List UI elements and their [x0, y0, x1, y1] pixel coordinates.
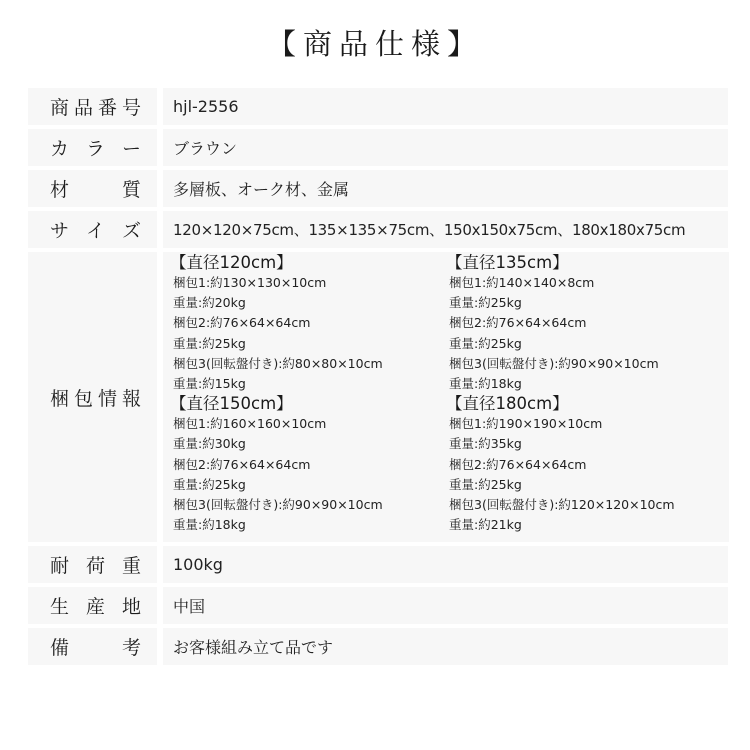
label-char: 情 — [98, 384, 117, 411]
package-line: 重量:約25kg — [449, 334, 729, 354]
spec-row-origin: 生 産 地 中国 — [28, 587, 728, 624]
label-char: 質 — [122, 175, 141, 202]
package-line: 重量:約25kg — [449, 475, 729, 495]
package-line: 梱包3(回転盤付き):約120×120×10cm — [449, 495, 729, 515]
page-title: 【商品仕様】 — [0, 22, 750, 63]
package-line: 重量:約35kg — [449, 434, 729, 454]
spec-row-load-capacity: 耐 荷 重 100kg — [28, 546, 728, 583]
label-char: カ — [50, 134, 69, 161]
label-char: 号 — [122, 93, 141, 120]
spec-value-remarks: お客様組み立て品です — [163, 628, 728, 665]
spec-row-product-number: 商 品 番 号 hjl-2556 — [28, 88, 728, 125]
spec-label-remarks: 備 考 — [28, 628, 157, 665]
package-line: 梱包3(回転盤付き):約90×90×10cm — [173, 495, 449, 515]
spec-row-packaging: 梱 包 情 報 【直径120cm】 梱包1:約130×130×10cm 重量:約… — [28, 252, 728, 542]
packaging-grid: 【直径120cm】 梱包1:約130×130×10cm 重量:約20kg 梱包2… — [173, 252, 729, 535]
package-heading: 【直径120cm】 — [170, 253, 449, 273]
label-char: 報 — [122, 384, 141, 411]
label-char: 商 — [50, 93, 69, 120]
spec-row-color: カ ラ ー ブラウン — [28, 129, 728, 166]
spec-value-product-number: hjl-2556 — [163, 88, 728, 125]
label-char: 考 — [122, 633, 141, 660]
package-line: 重量:約25kg — [173, 334, 449, 354]
label-char: ズ — [122, 216, 141, 243]
label-char: 備 — [50, 633, 69, 660]
package-line: 重量:約30kg — [173, 434, 449, 454]
label-char: イ — [86, 216, 105, 243]
package-heading: 【直径150cm】 — [170, 394, 449, 414]
package-line: 梱包3(回転盤付き):約90×90×10cm — [449, 354, 729, 374]
package-line: 重量:約18kg — [173, 515, 449, 535]
label-char: 材 — [50, 175, 69, 202]
package-line: 梱包3(回転盤付き):約80×80×10cm — [173, 354, 449, 374]
spec-label-product-number: 商 品 番 号 — [28, 88, 157, 125]
package-line: 梱包1:約190×190×10cm — [449, 414, 729, 434]
package-line: 梱包2:約76×64×64cm — [173, 455, 449, 475]
package-line: 梱包2:約76×64×64cm — [449, 313, 729, 333]
spec-value-size: 120×120×75cm、135×135×75cm、150x150x75cm、1… — [163, 211, 728, 248]
label-char: サ — [50, 216, 69, 243]
label-char: 生 — [50, 592, 69, 619]
label-char: 重 — [122, 551, 141, 578]
spec-label-origin: 生 産 地 — [28, 587, 157, 624]
package-line: 重量:約20kg — [173, 293, 449, 313]
package-line: 梱包1:約140×140×8cm — [449, 273, 729, 293]
package-block-180: 【直径180cm】 梱包1:約190×190×10cm 重量:約35kg 梱包2… — [449, 394, 729, 535]
package-line: 重量:約21kg — [449, 515, 729, 535]
package-block-150: 【直径150cm】 梱包1:約160×160×10cm 重量:約30kg 梱包2… — [173, 394, 449, 535]
label-char: 地 — [122, 592, 141, 619]
spec-label-packaging: 梱 包 情 報 — [28, 252, 157, 542]
spec-row-remarks: 備 考 お客様組み立て品です — [28, 628, 728, 665]
spec-value-material: 多層板、オーク材、金属 — [163, 170, 728, 207]
label-char: 品 — [74, 93, 93, 120]
package-line: 重量:約18kg — [449, 374, 729, 394]
spec-value-color: ブラウン — [163, 129, 728, 166]
label-char: 番 — [98, 93, 117, 120]
package-block-135: 【直径135cm】 梱包1:約140×140×8cm 重量:約25kg 梱包2:… — [449, 253, 729, 394]
spec-label-color: カ ラ ー — [28, 129, 157, 166]
label-char: 産 — [86, 592, 105, 619]
package-line: 梱包2:約76×64×64cm — [449, 455, 729, 475]
spec-value-load-capacity: 100kg — [163, 546, 728, 583]
spec-value-packaging: 【直径120cm】 梱包1:約130×130×10cm 重量:約20kg 梱包2… — [163, 252, 729, 542]
package-heading: 【直径135cm】 — [446, 253, 729, 273]
spec-row-material: 材 質 多層板、オーク材、金属 — [28, 170, 728, 207]
label-char: 包 — [74, 384, 93, 411]
package-line: 梱包1:約130×130×10cm — [173, 273, 449, 293]
spec-label-material: 材 質 — [28, 170, 157, 207]
spec-label-size: サ イ ズ — [28, 211, 157, 248]
spec-row-size: サ イ ズ 120×120×75cm、135×135×75cm、150x150x… — [28, 211, 728, 248]
label-char: 荷 — [86, 551, 105, 578]
package-line: 重量:約25kg — [173, 475, 449, 495]
package-line: 重量:約25kg — [449, 293, 729, 313]
package-heading: 【直径180cm】 — [446, 394, 729, 414]
package-line: 重量:約15kg — [173, 374, 449, 394]
label-char: ラ — [86, 134, 105, 161]
spec-table: 商 品 番 号 hjl-2556 カ ラ ー ブラウン 材 質 多層板、オーク材… — [28, 88, 728, 669]
package-line: 梱包1:約160×160×10cm — [173, 414, 449, 434]
label-char: 耐 — [50, 551, 69, 578]
spec-value-origin: 中国 — [163, 587, 728, 624]
label-char: 梱 — [50, 384, 69, 411]
spec-label-load-capacity: 耐 荷 重 — [28, 546, 157, 583]
package-block-120: 【直径120cm】 梱包1:約130×130×10cm 重量:約20kg 梱包2… — [173, 253, 449, 394]
label-char: ー — [122, 134, 141, 161]
package-line: 梱包2:約76×64×64cm — [173, 313, 449, 333]
